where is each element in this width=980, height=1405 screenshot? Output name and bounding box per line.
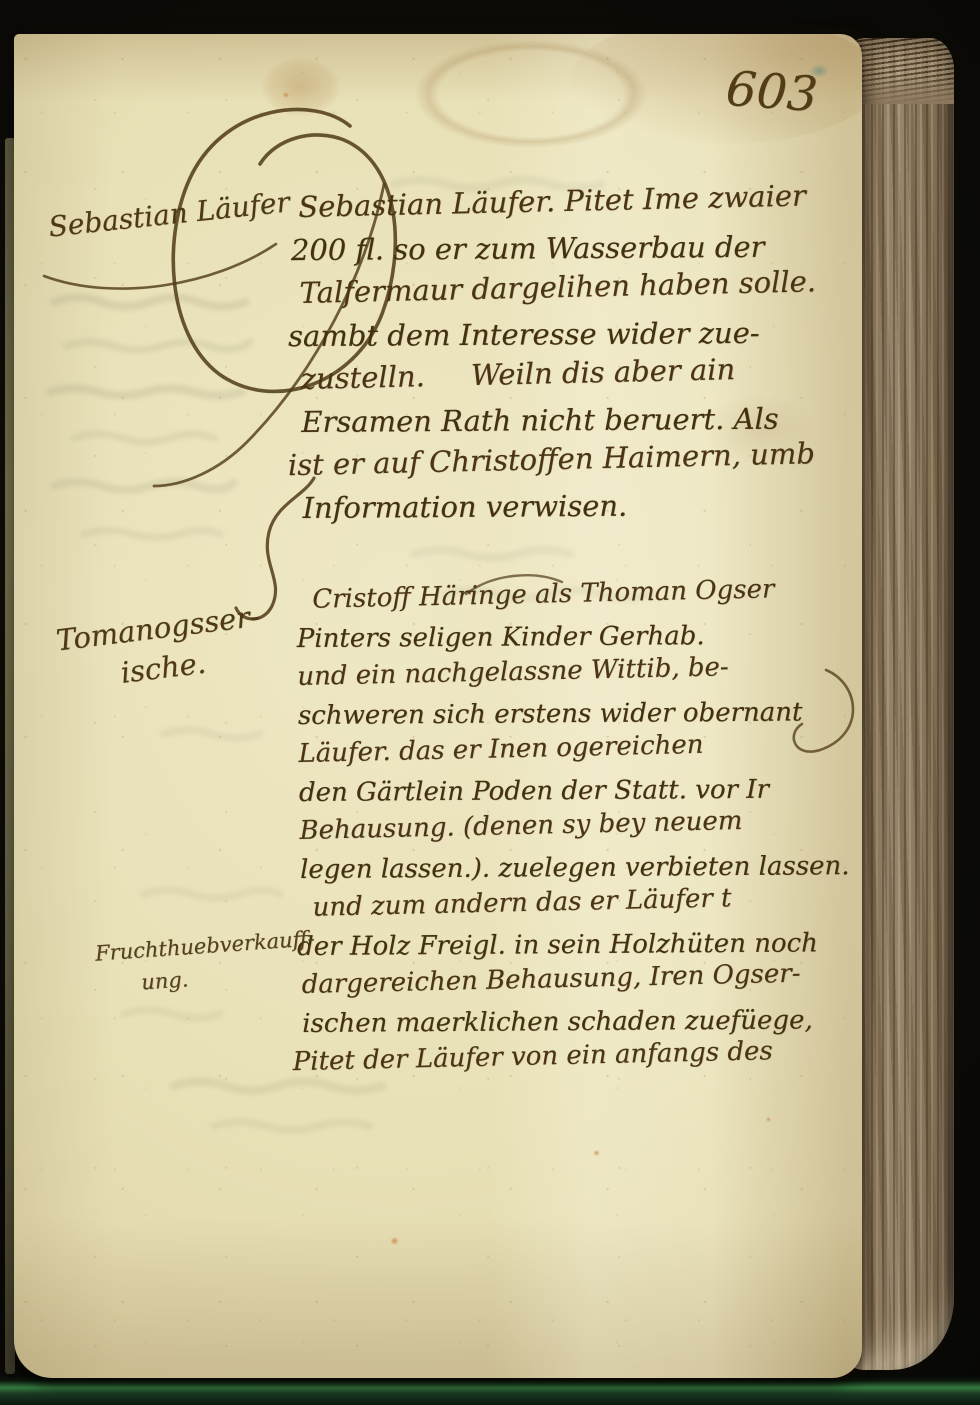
manuscript-page: 603 Sebastian Läufer Sebastian Läufer. P… <box>14 34 862 1378</box>
paper-speck <box>283 92 289 98</box>
handwritten-line: Sebastian Läufer <box>47 185 291 243</box>
entry-2-text: Cristoff Häringe als Thoman OgserPinters… <box>296 573 852 1081</box>
paper-stain <box>262 58 340 116</box>
manuscript-photo: 603 Sebastian Läufer Sebastian Läufer. P… <box>0 0 980 1405</box>
table-surface <box>0 1375 980 1405</box>
paper-speck <box>766 1117 771 1122</box>
margin-note-tomanogsserische: Tomanogsser-ische. <box>54 596 267 700</box>
folio-number: 603 <box>724 61 819 123</box>
paper-ring-stain <box>406 36 656 152</box>
margin-note-sebastian-laufer: Sebastian Läufer <box>47 185 291 243</box>
handwritten-line: Cristoff Häringe als Thoman Ogser <box>312 569 846 620</box>
handwritten-line: Information verwisen. <box>302 483 819 530</box>
entry-1-text: Sebastian Läufer. Pitet Ime zwaier200 fl… <box>298 179 819 530</box>
handwritten-line: Sebastian Läufer. Pitet Ime zwaier <box>298 174 815 229</box>
paper-speck <box>390 1237 399 1245</box>
margin-note-fruchthuebverkauffung: Fruchthuebverkauff-ung. <box>94 922 318 1001</box>
paper-speck <box>593 1150 600 1156</box>
paper-corner-stain <box>570 34 862 144</box>
